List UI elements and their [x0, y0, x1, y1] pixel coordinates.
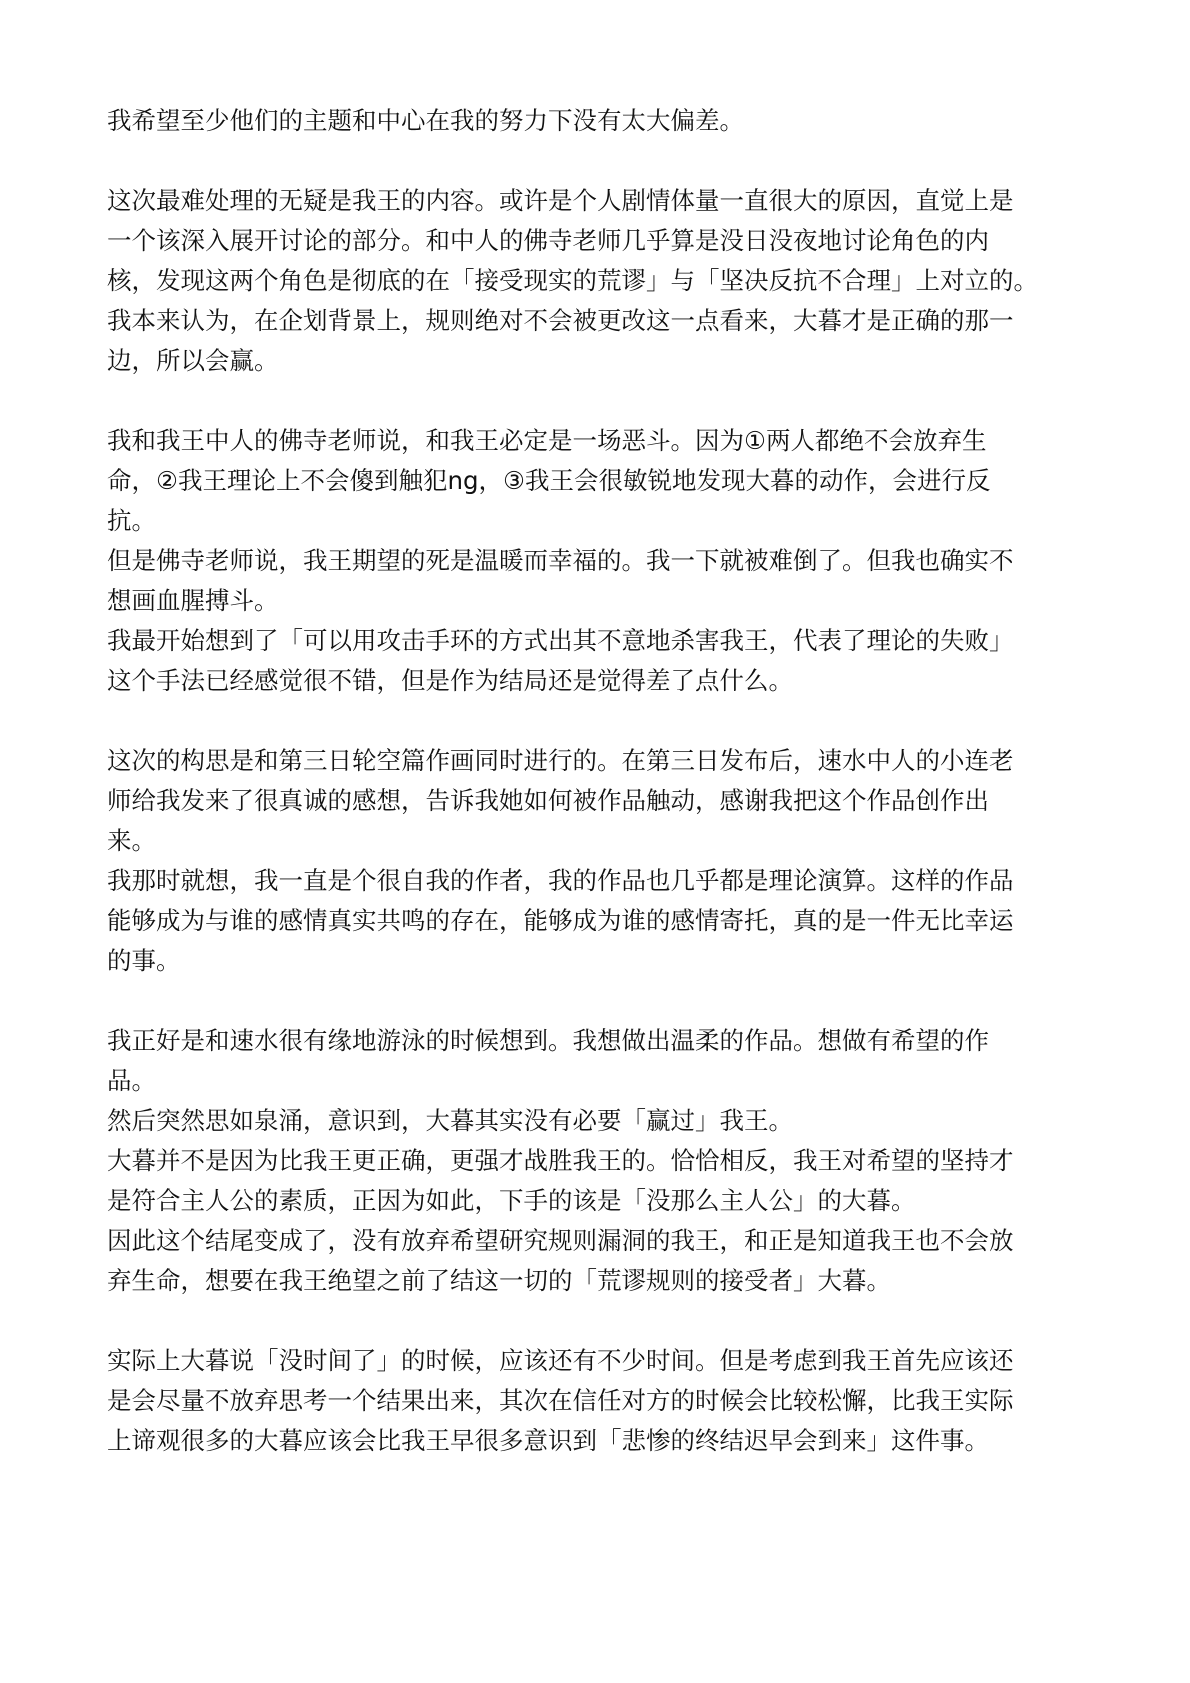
- text-line: 然后突然思如泉涌，意识到，大暮其实没有必要「赢过」我王。: [107, 1101, 1107, 1141]
- text-line: 这次最难处理的无疑是我王的内容。或许是个人剧情体量一直很大的原因，直觉上是: [107, 181, 1107, 221]
- text-line: 这次的构思是和第三日轮空篇作画同时进行的。在第三日发布后，速水中人的小连老: [107, 741, 1107, 781]
- text-line: 想画血腥搏斗。: [107, 581, 1107, 621]
- document-page: 我希望至少他们的主题和中心在我的努力下没有太大偏差。 这次最难处理的无疑是我王的…: [107, 101, 1107, 1501]
- text-line: 师给我发来了很真诚的感想，告诉我她如何被作品触动，感谢我把这个作品创作出: [107, 781, 1107, 821]
- text-line: 一个该深入展开讨论的部分。和中人的佛寺老师几乎算是没日没夜地讨论角色的内: [107, 221, 1107, 261]
- paragraph-4: 这次的构思是和第三日轮空篇作画同时进行的。在第三日发布后，速水中人的小连老 师给…: [107, 741, 1107, 981]
- text-line: 核，发现这两个角色是彻底的在「接受现实的荒谬」与「坚决反抗不合理」上对立的。: [107, 261, 1107, 301]
- text-line: 品。: [107, 1061, 1107, 1101]
- text-line: 是符合主人公的素质，正因为如此，下手的该是「没那么主人公」的大暮。: [107, 1181, 1107, 1221]
- paragraph-6: 实际上大暮说「没时间了」的时候，应该还有不少时间。但是考虑到我王首先应该还 是会…: [107, 1341, 1107, 1461]
- text-line: 是会尽量不放弃思考一个结果出来，其次在信任对方的时候会比较松懈，比我王实际: [107, 1381, 1107, 1421]
- text-line: 但是佛寺老师说，我王期望的死是温暖而幸福的。我一下就被难倒了。但我也确实不: [107, 541, 1107, 581]
- text-line: 实际上大暮说「没时间了」的时候，应该还有不少时间。但是考虑到我王首先应该还: [107, 1341, 1107, 1381]
- text-line: 命，②我王理论上不会傻到触犯ng，③我王会很敏锐地发现大暮的动作，会进行反: [107, 461, 1107, 501]
- text-line: 大暮并不是因为比我王更正确，更强才战胜我王的。恰恰相反，我王对希望的坚持才: [107, 1141, 1107, 1181]
- text-line: 我最开始想到了「可以用攻击手环的方式出其不意地杀害我王，代表了理论的失败」: [107, 621, 1107, 661]
- text-line: 我正好是和速水很有缘地游泳的时候想到。我想做出温柔的作品。想做有希望的作: [107, 1021, 1107, 1061]
- text-line: 边，所以会赢。: [107, 341, 1107, 381]
- paragraph-5: 我正好是和速水很有缘地游泳的时候想到。我想做出温柔的作品。想做有希望的作 品。 …: [107, 1021, 1107, 1301]
- text-line: 上谛观很多的大暮应该会比我王早很多意识到「悲惨的终结迟早会到来」这件事。: [107, 1421, 1107, 1461]
- paragraph-1: 我希望至少他们的主题和中心在我的努力下没有太大偏差。: [107, 101, 1107, 141]
- text-line: 的事。: [107, 941, 1107, 981]
- text-line: 我那时就想，我一直是个很自我的作者，我的作品也几乎都是理论演算。这样的作品: [107, 861, 1107, 901]
- paragraph-2: 这次最难处理的无疑是我王的内容。或许是个人剧情体量一直很大的原因，直觉上是 一个…: [107, 181, 1107, 381]
- text-line: 因此这个结尾变成了，没有放弃希望研究规则漏洞的我王，和正是知道我王也不会放: [107, 1221, 1107, 1261]
- text-line: 来。: [107, 821, 1107, 861]
- text-line: 我本来认为，在企划背景上，规则绝对不会被更改这一点看来，大暮才是正确的那一: [107, 301, 1107, 341]
- paragraph-3: 我和我王中人的佛寺老师说，和我王必定是一场恶斗。因为①两人都绝不会放弃生 命，②…: [107, 421, 1107, 701]
- text-line: 抗。: [107, 501, 1107, 541]
- text-line: 我希望至少他们的主题和中心在我的努力下没有太大偏差。: [107, 101, 1107, 141]
- text-line: 弃生命，想要在我王绝望之前了结这一切的「荒谬规则的接受者」大暮。: [107, 1261, 1107, 1301]
- text-line: 能够成为与谁的感情真实共鸣的存在，能够成为谁的感情寄托，真的是一件无比幸运: [107, 901, 1107, 941]
- text-line: 这个手法已经感觉很不错，但是作为结局还是觉得差了点什么。: [107, 661, 1107, 701]
- text-line: 我和我王中人的佛寺老师说，和我王必定是一场恶斗。因为①两人都绝不会放弃生: [107, 421, 1107, 461]
